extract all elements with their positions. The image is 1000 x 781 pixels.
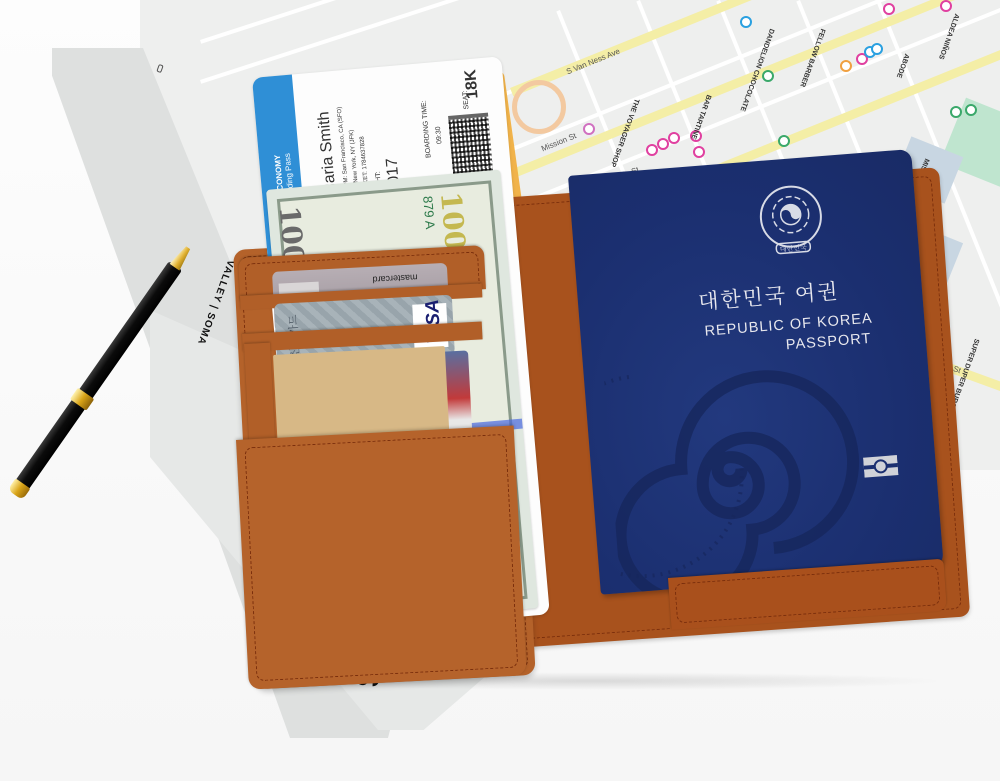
map-poi-shop-icon	[693, 146, 705, 158]
passport: 대한민국 대한민국 여권 REPUBLIC OF KOREA PASSPORT	[568, 149, 944, 595]
banknote-serial: 879 A	[420, 195, 438, 229]
wallet-front-pocket	[236, 425, 527, 689]
map-poi-food-icon	[950, 106, 962, 118]
map-poi-cafe-icon	[740, 16, 752, 28]
map-poi-shop-icon	[668, 132, 680, 144]
e-passport-chip-icon	[863, 453, 899, 480]
mastercard-label: mastercard	[372, 272, 417, 284]
product-photo: S Van Ness Ave Mission St Valencia St Ma…	[0, 0, 1000, 781]
seat-value: 18K	[462, 69, 482, 100]
map-poi-shop-icon	[940, 0, 952, 12]
boarding-time-label: BOARDING TIME:	[421, 100, 433, 158]
map-poi-shop-icon	[646, 144, 658, 156]
boarding-time-value: 09:30	[435, 126, 444, 144]
national-emblem-icon: 대한민국	[747, 176, 835, 264]
map-poi-service-icon	[840, 60, 852, 72]
passport-title-korean: 대한민국 여권	[697, 275, 840, 316]
map-poi-shop-icon	[657, 138, 669, 150]
banknote-denomination: 100	[434, 191, 472, 252]
map-poi-shop-icon	[883, 3, 895, 15]
wallet-stitching	[244, 434, 518, 681]
map-poi-food-icon	[762, 70, 774, 82]
map-poi-shop-icon	[583, 123, 595, 135]
map-poi-cafe-icon	[871, 43, 883, 55]
map-poi-food-icon	[965, 104, 977, 116]
map-poi-food-icon	[778, 135, 790, 147]
spiral-pattern-icon	[603, 344, 870, 593]
map-freeway-ramp	[512, 80, 566, 134]
